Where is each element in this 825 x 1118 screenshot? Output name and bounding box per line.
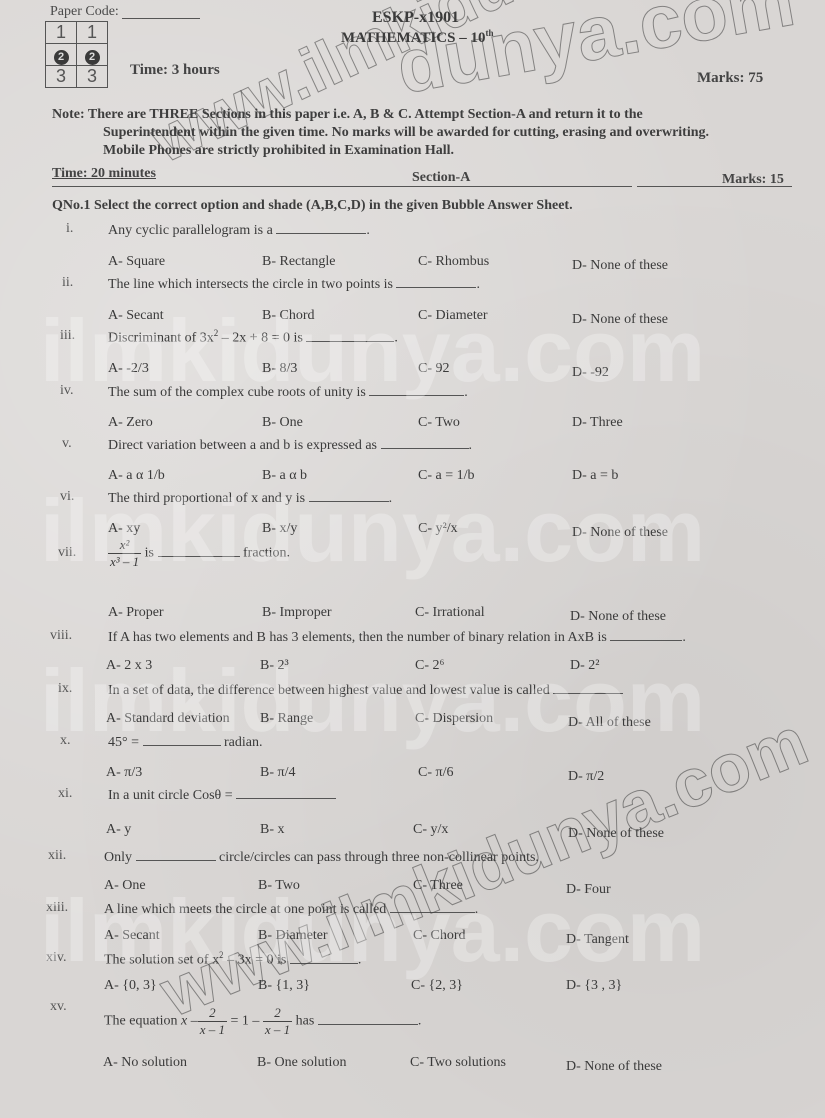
option-b: B- x — [260, 822, 285, 838]
question-number: v. — [62, 436, 72, 452]
question-text: The sum of the complex cube roots of uni… — [108, 383, 468, 401]
option-a: A- Square — [108, 254, 165, 270]
question-text: Discriminant of 3x2 – 2x + 8 = 0 is . — [108, 328, 398, 347]
subject-text: MATHEMATICS – 10 — [341, 30, 485, 46]
question-number: ix. — [58, 681, 72, 697]
question-text: 45° = radian. — [108, 733, 262, 751]
note-line-3: Mobile Phones are strictly prohibited in… — [52, 142, 709, 160]
answer-blank — [136, 848, 216, 861]
question-text: x²x³ – 1 is fraction. — [108, 537, 290, 570]
option-c: C- Diameter — [418, 308, 488, 324]
answer-blank — [309, 489, 389, 502]
option-b: B- Diameter — [258, 928, 328, 944]
answer-blank — [610, 628, 682, 641]
question-number: xv. — [50, 999, 67, 1015]
option-a: A- π/3 — [106, 765, 142, 781]
question-number: viii. — [50, 628, 72, 644]
question-number: x. — [60, 733, 71, 749]
answer-blank — [236, 786, 336, 799]
question-text: Only circle/circles can pass through thr… — [104, 848, 539, 866]
answer-blank — [143, 733, 221, 746]
question-number: iii. — [60, 328, 75, 344]
option-a: A- Zero — [108, 415, 153, 431]
question-text: Direct variation between a and b is expr… — [108, 436, 472, 454]
paper-id: ESKP-x1901 — [372, 9, 459, 27]
paper-code-grid: 1 1 2 2 3 3 — [45, 21, 108, 88]
option-b: B- One solution — [257, 1055, 346, 1071]
option-c: C- 2⁶ — [415, 658, 444, 674]
superscript: 2 — [214, 328, 219, 338]
section-title: Section-A — [412, 170, 470, 186]
option-d: D- All of these — [568, 715, 651, 731]
option-c: C- Two — [418, 415, 460, 431]
subject-title: MATHEMATICS – 10th — [341, 28, 493, 47]
answer-blank — [396, 275, 476, 288]
option-a: A- Secant — [108, 308, 164, 324]
question-number: i. — [66, 221, 73, 237]
section-time: Time: 20 minutes — [52, 166, 156, 182]
question-number: xi. — [58, 786, 72, 802]
question-number: vii. — [58, 545, 76, 561]
option-b: B- π/4 — [260, 765, 295, 781]
question-text: In a set of data, the difference between… — [108, 681, 623, 699]
fraction: 2x – 1 — [198, 1005, 227, 1038]
section-header: Time: 20 minutes Section-A Marks: 15 — [52, 166, 792, 188]
option-c: C- π/6 — [418, 765, 453, 781]
option-b: B- Improper — [262, 605, 332, 621]
filled-bubble-icon: 2 — [85, 50, 100, 65]
code-cell: 1 — [77, 22, 108, 44]
option-d: D- a = b — [572, 468, 618, 484]
option-a: A- Proper — [108, 605, 164, 621]
option-a: A- No solution — [103, 1055, 187, 1071]
option-a: A- 2 x 3 — [106, 658, 152, 674]
fraction-numerator: 2 — [198, 1005, 227, 1022]
option-b: B- 8/3 — [262, 361, 297, 377]
option-b: B- x/y — [262, 521, 297, 537]
option-d: D- None of these — [566, 1059, 662, 1075]
question-text: A line which meets the circle at one poi… — [104, 900, 478, 918]
question-text: The line which intersects the circle in … — [108, 275, 480, 293]
fraction-numerator: x² — [108, 537, 141, 554]
fraction-denominator: x – 1 — [198, 1022, 227, 1038]
note-line-2: Superintendent within the given time. No… — [52, 124, 709, 142]
option-b: B- {1, 3} — [258, 978, 310, 994]
answer-blank — [369, 383, 464, 396]
code-cell: 3 — [46, 66, 77, 88]
question-number: iv. — [60, 383, 73, 399]
option-a: A- xy — [108, 521, 140, 537]
option-b: B- Two — [258, 878, 300, 894]
option-c: C- Two solutions — [410, 1055, 506, 1071]
option-d: D- 2² — [570, 658, 599, 674]
note-line-1: There are THREE Sections in this paper i… — [88, 107, 643, 122]
answer-blank — [276, 221, 366, 234]
fraction-numerator: 2 — [263, 1005, 292, 1022]
option-c: C- {2, 3} — [411, 978, 463, 994]
answer-blank — [290, 951, 358, 964]
question-text: In a unit circle Cosθ = — [108, 786, 336, 804]
option-d: D- None of these — [572, 525, 668, 541]
exam-time: Time: 3 hours — [130, 62, 220, 79]
equation-part: x – — [181, 1014, 198, 1029]
code-cell-shaded: 2 — [46, 44, 77, 66]
option-c: C- 92 — [418, 361, 450, 377]
fraction-denominator: x³ – 1 — [108, 554, 141, 570]
paper-code-label: Paper Code: — [50, 4, 119, 20]
option-b: B- Range — [260, 711, 313, 727]
subject-sup: th — [485, 28, 493, 38]
question-number: ii. — [62, 275, 73, 291]
section-divider — [52, 186, 632, 187]
option-d: D- π/2 — [568, 769, 604, 785]
option-c: C- Irrational — [415, 605, 485, 621]
option-d: D- None of these — [568, 826, 664, 842]
answer-blank — [390, 900, 475, 913]
answer-blank — [381, 436, 469, 449]
option-d: D- Tangent — [566, 932, 629, 948]
question-text: The third proportional of x and y is . — [108, 489, 392, 507]
fraction: 2x – 1 — [263, 1005, 292, 1038]
question-instruction: QNo.1 Select the correct option and shad… — [52, 198, 573, 214]
option-c: C- Three — [413, 878, 463, 894]
fraction: x²x³ – 1 — [108, 537, 141, 570]
answer-blank — [306, 329, 394, 342]
exam-note: Note: There are THREE Sections in this p… — [52, 106, 709, 160]
question-text: Any cyclic parallelogram is a . — [108, 221, 370, 239]
watermark-text: www.ilmkidunya.com — [150, 702, 818, 1032]
question-text: If A has two elements and B has 3 elemen… — [108, 628, 686, 646]
note-label: Note: — [52, 107, 85, 122]
question-number: xii. — [48, 848, 66, 864]
answer-blank — [158, 544, 240, 557]
question-number: xiv. — [46, 950, 66, 966]
fraction-denominator: x – 1 — [263, 1022, 292, 1038]
option-d: D- None of these — [570, 609, 666, 625]
option-a: A- a α 1/b — [108, 468, 165, 484]
option-b: B- Chord — [262, 308, 315, 324]
option-c: C- a = 1/b — [418, 468, 475, 484]
section-marks: Marks: 15 — [722, 172, 784, 188]
option-a: A- -2/3 — [108, 361, 149, 377]
option-a: A- Secant — [104, 928, 160, 944]
question-number: vi. — [60, 489, 74, 505]
question-text: The solution set of x2 – 3x = 0 is . — [104, 950, 361, 969]
answer-blank — [553, 681, 623, 694]
code-cell-shaded: 2 — [77, 44, 108, 66]
option-d: D- None of these — [572, 312, 668, 328]
option-b: B- Rectangle — [262, 254, 335, 270]
option-d: D- {3 , 3} — [566, 978, 622, 994]
option-c: C- Chord — [413, 928, 466, 944]
paper-code-blank — [122, 18, 200, 19]
option-d: D- -92 — [572, 365, 609, 381]
option-a: A- y — [106, 822, 131, 838]
option-c: C- Dispersion — [415, 711, 493, 727]
option-b: B- One — [262, 415, 303, 431]
question-number: xiii. — [46, 900, 68, 916]
option-d: D- Four — [566, 882, 611, 898]
option-d: D- None of these — [572, 258, 668, 274]
code-cell: 1 — [46, 22, 77, 44]
option-a: A- One — [104, 878, 146, 894]
filled-bubble-icon: 2 — [54, 50, 69, 65]
option-c: C- y/x — [413, 822, 448, 838]
option-a: A- Standard deviation — [106, 711, 230, 727]
option-b: B- 2³ — [260, 658, 289, 674]
option-a: A- {0, 3} — [104, 978, 157, 994]
option-b: B- a α b — [262, 468, 307, 484]
option-c: C- y²/x — [418, 521, 458, 537]
option-c: C- Rhombus — [418, 254, 489, 270]
code-cell: 3 — [77, 66, 108, 88]
exam-marks: Marks: 75 — [697, 70, 763, 87]
answer-blank — [318, 1012, 418, 1025]
option-d: D- Three — [572, 415, 623, 431]
question-text: The equation x –2x – 1 = 1 – 2x – 1 has … — [104, 1005, 421, 1038]
superscript: 2 — [219, 950, 224, 960]
